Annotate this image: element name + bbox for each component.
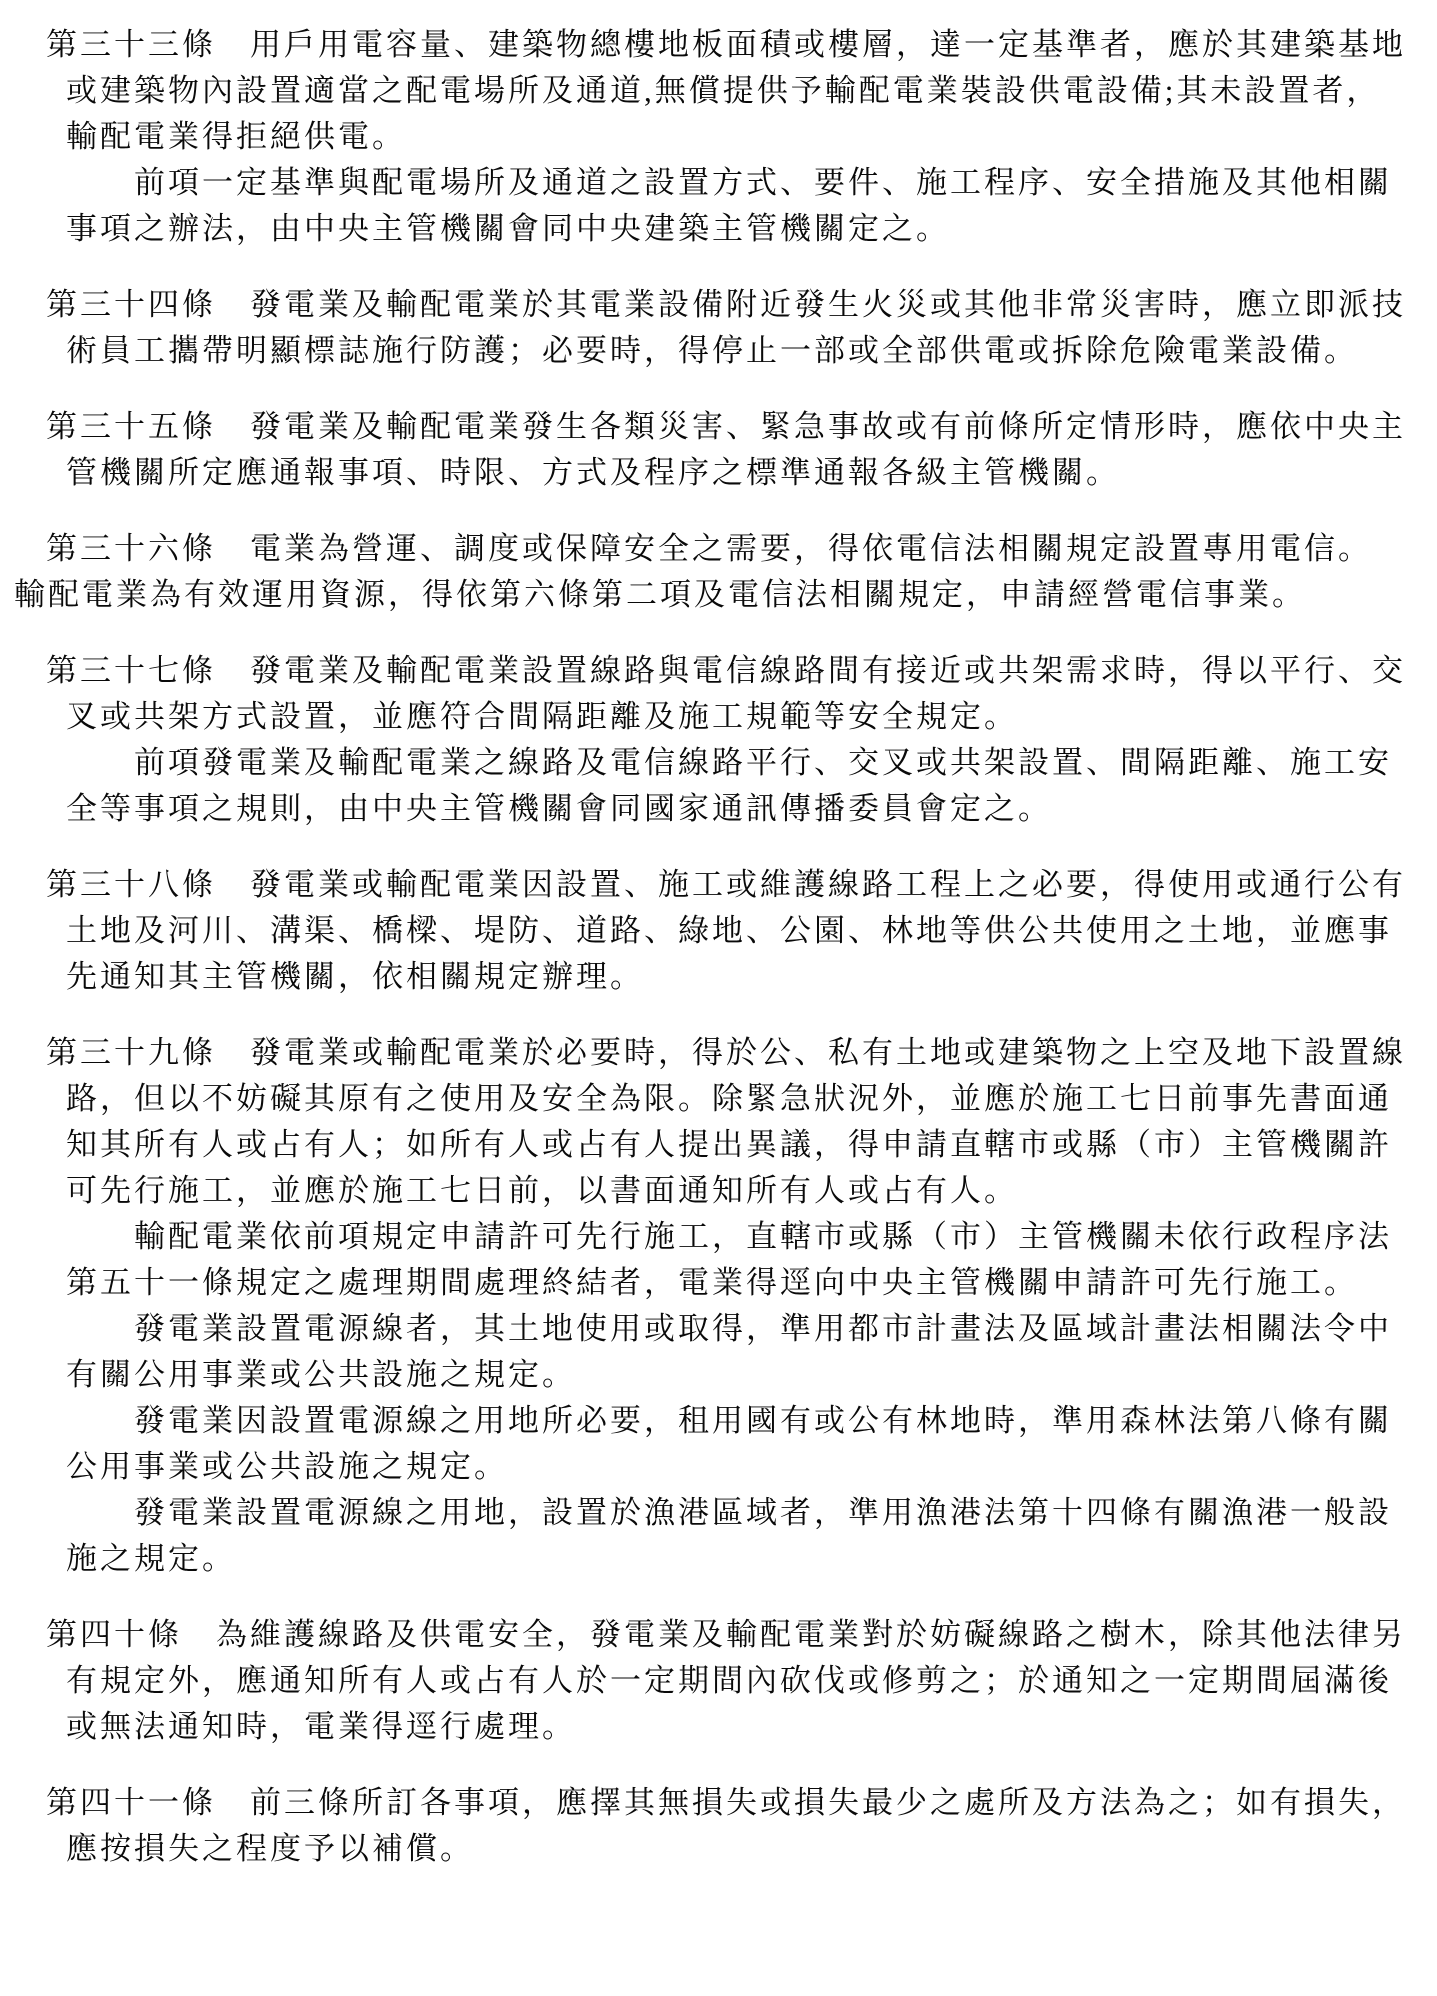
article-line: 第三十五條 發電業及輸配電業發生各類災害、緊急事故或有前條所定情形時，應依中央主 xyxy=(0,404,1437,450)
article-line: 第三十三條 用戶用電容量、建築物總樓地板面積或樓層，達一定基準者，應於其建築基地 xyxy=(0,22,1437,68)
article-line: 發電業設置電源線之用地，設置於漁港區域者，準用漁港法第十四條有關漁港一般設 xyxy=(0,1490,1437,1536)
article-line: 可先行施工，並應於施工七日前，以書面通知所有人或占有人。 xyxy=(0,1168,1437,1214)
article-35: 第三十五條 發電業及輸配電業發生各類災害、緊急事故或有前條所定情形時，應依中央主… xyxy=(0,404,1437,496)
article-line: 管機關所定應通報事項、時限、方式及程序之標準通報各級主管機關。 xyxy=(0,450,1437,496)
article-line: 輸配電業依前項規定申請許可先行施工，直轄市或縣（市）主管機關未依行政程序法 xyxy=(0,1214,1437,1260)
article-line: 公用事業或公共設施之規定。 xyxy=(0,1444,1437,1490)
article-line: 第三十八條 發電業或輸配電業因設置、施工或維護線路工程上之必要，得使用或通行公有 xyxy=(0,862,1437,908)
article-line: 第四十條 為維護線路及供電安全，發電業及輸配電業對於妨礙線路之樹木，除其他法律另 xyxy=(0,1612,1437,1658)
article-line: 發電業設置電源線者，其土地使用或取得，準用都市計畫法及區域計畫法相關法令中 xyxy=(0,1306,1437,1352)
article-39: 第三十九條 發電業或輸配電業於必要時，得於公、私有土地或建築物之上空及地下設置線… xyxy=(0,1030,1437,1582)
article-41: 第四十一條 前三條所訂各事項，應擇其無損失或損失最少之處所及方法為之；如有損失，… xyxy=(0,1780,1437,1872)
article-38: 第三十八條 發電業或輸配電業因設置、施工或維護線路工程上之必要，得使用或通行公有… xyxy=(0,862,1437,1000)
article-line: 輸配電業為有效運用資源，得依第六條第二項及電信法相關規定，申請經營電信事業。 xyxy=(0,572,1437,618)
article-line: 前項一定基準與配電場所及通道之設置方式、要件、施工程序、安全措施及其他相關 xyxy=(0,160,1437,206)
article-line: 或建築物內設置適當之配電場所及通道,無償提供予輸配電業裝設供電設備;其未設置者， xyxy=(0,68,1437,114)
article-line: 輸配電業得拒絕供電。 xyxy=(0,114,1437,160)
article-line: 事項之辦法，由中央主管機關會同中央建築主管機關定之。 xyxy=(0,206,1437,252)
article-line: 發電業因設置電源線之用地所必要，租用國有或公有林地時，準用森林法第八條有關 xyxy=(0,1398,1437,1444)
article-line: 先通知其主管機關，依相關規定辦理。 xyxy=(0,954,1437,1000)
article-line: 有關公用事業或公共設施之規定。 xyxy=(0,1352,1437,1398)
article-line: 有規定外，應通知所有人或占有人於一定期間內砍伐或修剪之；於通知之一定期間屆滿後 xyxy=(0,1658,1437,1704)
article-line: 第三十九條 發電業或輸配電業於必要時，得於公、私有土地或建築物之上空及地下設置線 xyxy=(0,1030,1437,1076)
article-line: 前項發電業及輸配電業之線路及電信線路平行、交叉或共架設置、間隔距離、施工安 xyxy=(0,740,1437,786)
statute-article-list: 第三十三條 用戶用電容量、建築物總樓地板面積或樓層，達一定基準者，應於其建築基地… xyxy=(0,22,1437,1872)
article-34: 第三十四條 發電業及輸配電業於其電業設備附近發生火災或其他非常災害時，應立即派技… xyxy=(0,282,1437,374)
article-33: 第三十三條 用戶用電容量、建築物總樓地板面積或樓層，達一定基準者，應於其建築基地… xyxy=(0,22,1437,252)
article-36: 第三十六條 電業為營運、調度或保障安全之需要，得依電信法相關規定設置專用電信。輸… xyxy=(0,526,1437,618)
article-line: 或無法通知時，電業得逕行處理。 xyxy=(0,1704,1437,1750)
article-line: 術員工攜帶明顯標誌施行防護；必要時，得停止一部或全部供電或拆除危險電業設備。 xyxy=(0,328,1437,374)
article-line: 叉或共架方式設置，並應符合間隔距離及施工規範等安全規定。 xyxy=(0,694,1437,740)
article-line: 第三十七條 發電業及輸配電業設置線路與電信線路間有接近或共架需求時，得以平行、交 xyxy=(0,648,1437,694)
article-line: 第五十一條規定之處理期間處理終結者，電業得逕向中央主管機關申請許可先行施工。 xyxy=(0,1260,1437,1306)
article-line: 施之規定。 xyxy=(0,1536,1437,1582)
article-line: 路，但以不妨礙其原有之使用及安全為限。除緊急狀況外，並應於施工七日前事先書面通 xyxy=(0,1076,1437,1122)
article-line: 第四十一條 前三條所訂各事項，應擇其無損失或損失最少之處所及方法為之；如有損失， xyxy=(0,1780,1437,1826)
article-37: 第三十七條 發電業及輸配電業設置線路與電信線路間有接近或共架需求時，得以平行、交… xyxy=(0,648,1437,832)
article-line: 全等事項之規則，由中央主管機關會同國家通訊傳播委員會定之。 xyxy=(0,786,1437,832)
article-line: 第三十六條 電業為營運、調度或保障安全之需要，得依電信法相關規定設置專用電信。 xyxy=(0,526,1437,572)
article-40: 第四十條 為維護線路及供電安全，發電業及輸配電業對於妨礙線路之樹木，除其他法律另… xyxy=(0,1612,1437,1750)
article-line: 應按損失之程度予以補償。 xyxy=(0,1826,1437,1872)
article-line: 土地及河川、溝渠、橋樑、堤防、道路、綠地、公園、林地等供公共使用之土地，並應事 xyxy=(0,908,1437,954)
article-line: 知其所有人或占有人；如所有人或占有人提出異議，得申請直轄市或縣（市）主管機關許 xyxy=(0,1122,1437,1168)
article-line: 第三十四條 發電業及輸配電業於其電業設備附近發生火災或其他非常災害時，應立即派技 xyxy=(0,282,1437,328)
document-page: 第三十三條 用戶用電容量、建築物總樓地板面積或樓層，達一定基準者，應於其建築基地… xyxy=(0,0,1437,1996)
